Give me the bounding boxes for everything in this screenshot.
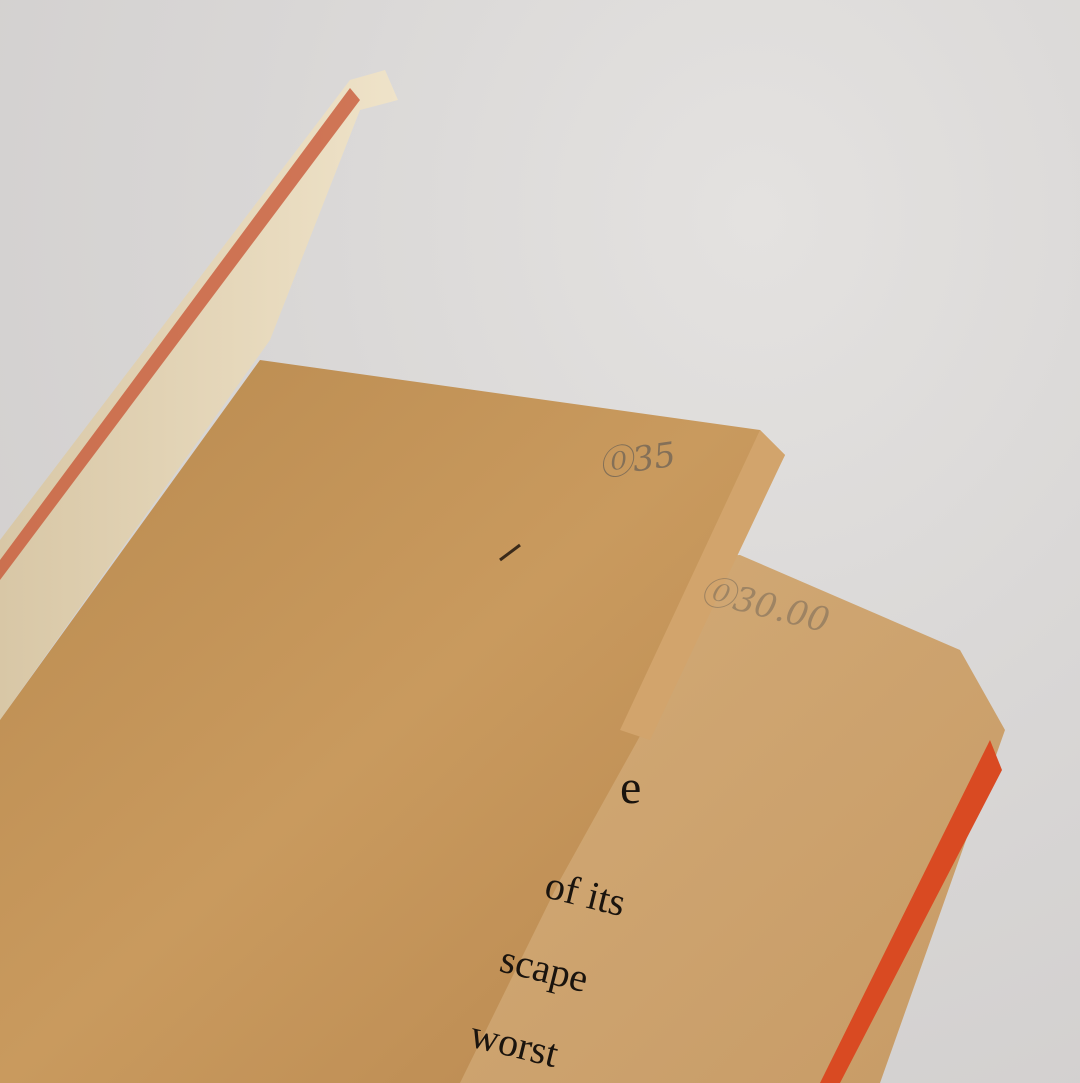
photo-scene: ⓪35 ⓪30.00 e of its scape worst <box>0 0 1080 1083</box>
printed-text-line-1: e <box>620 760 641 815</box>
book-illustration <box>0 0 1080 1083</box>
